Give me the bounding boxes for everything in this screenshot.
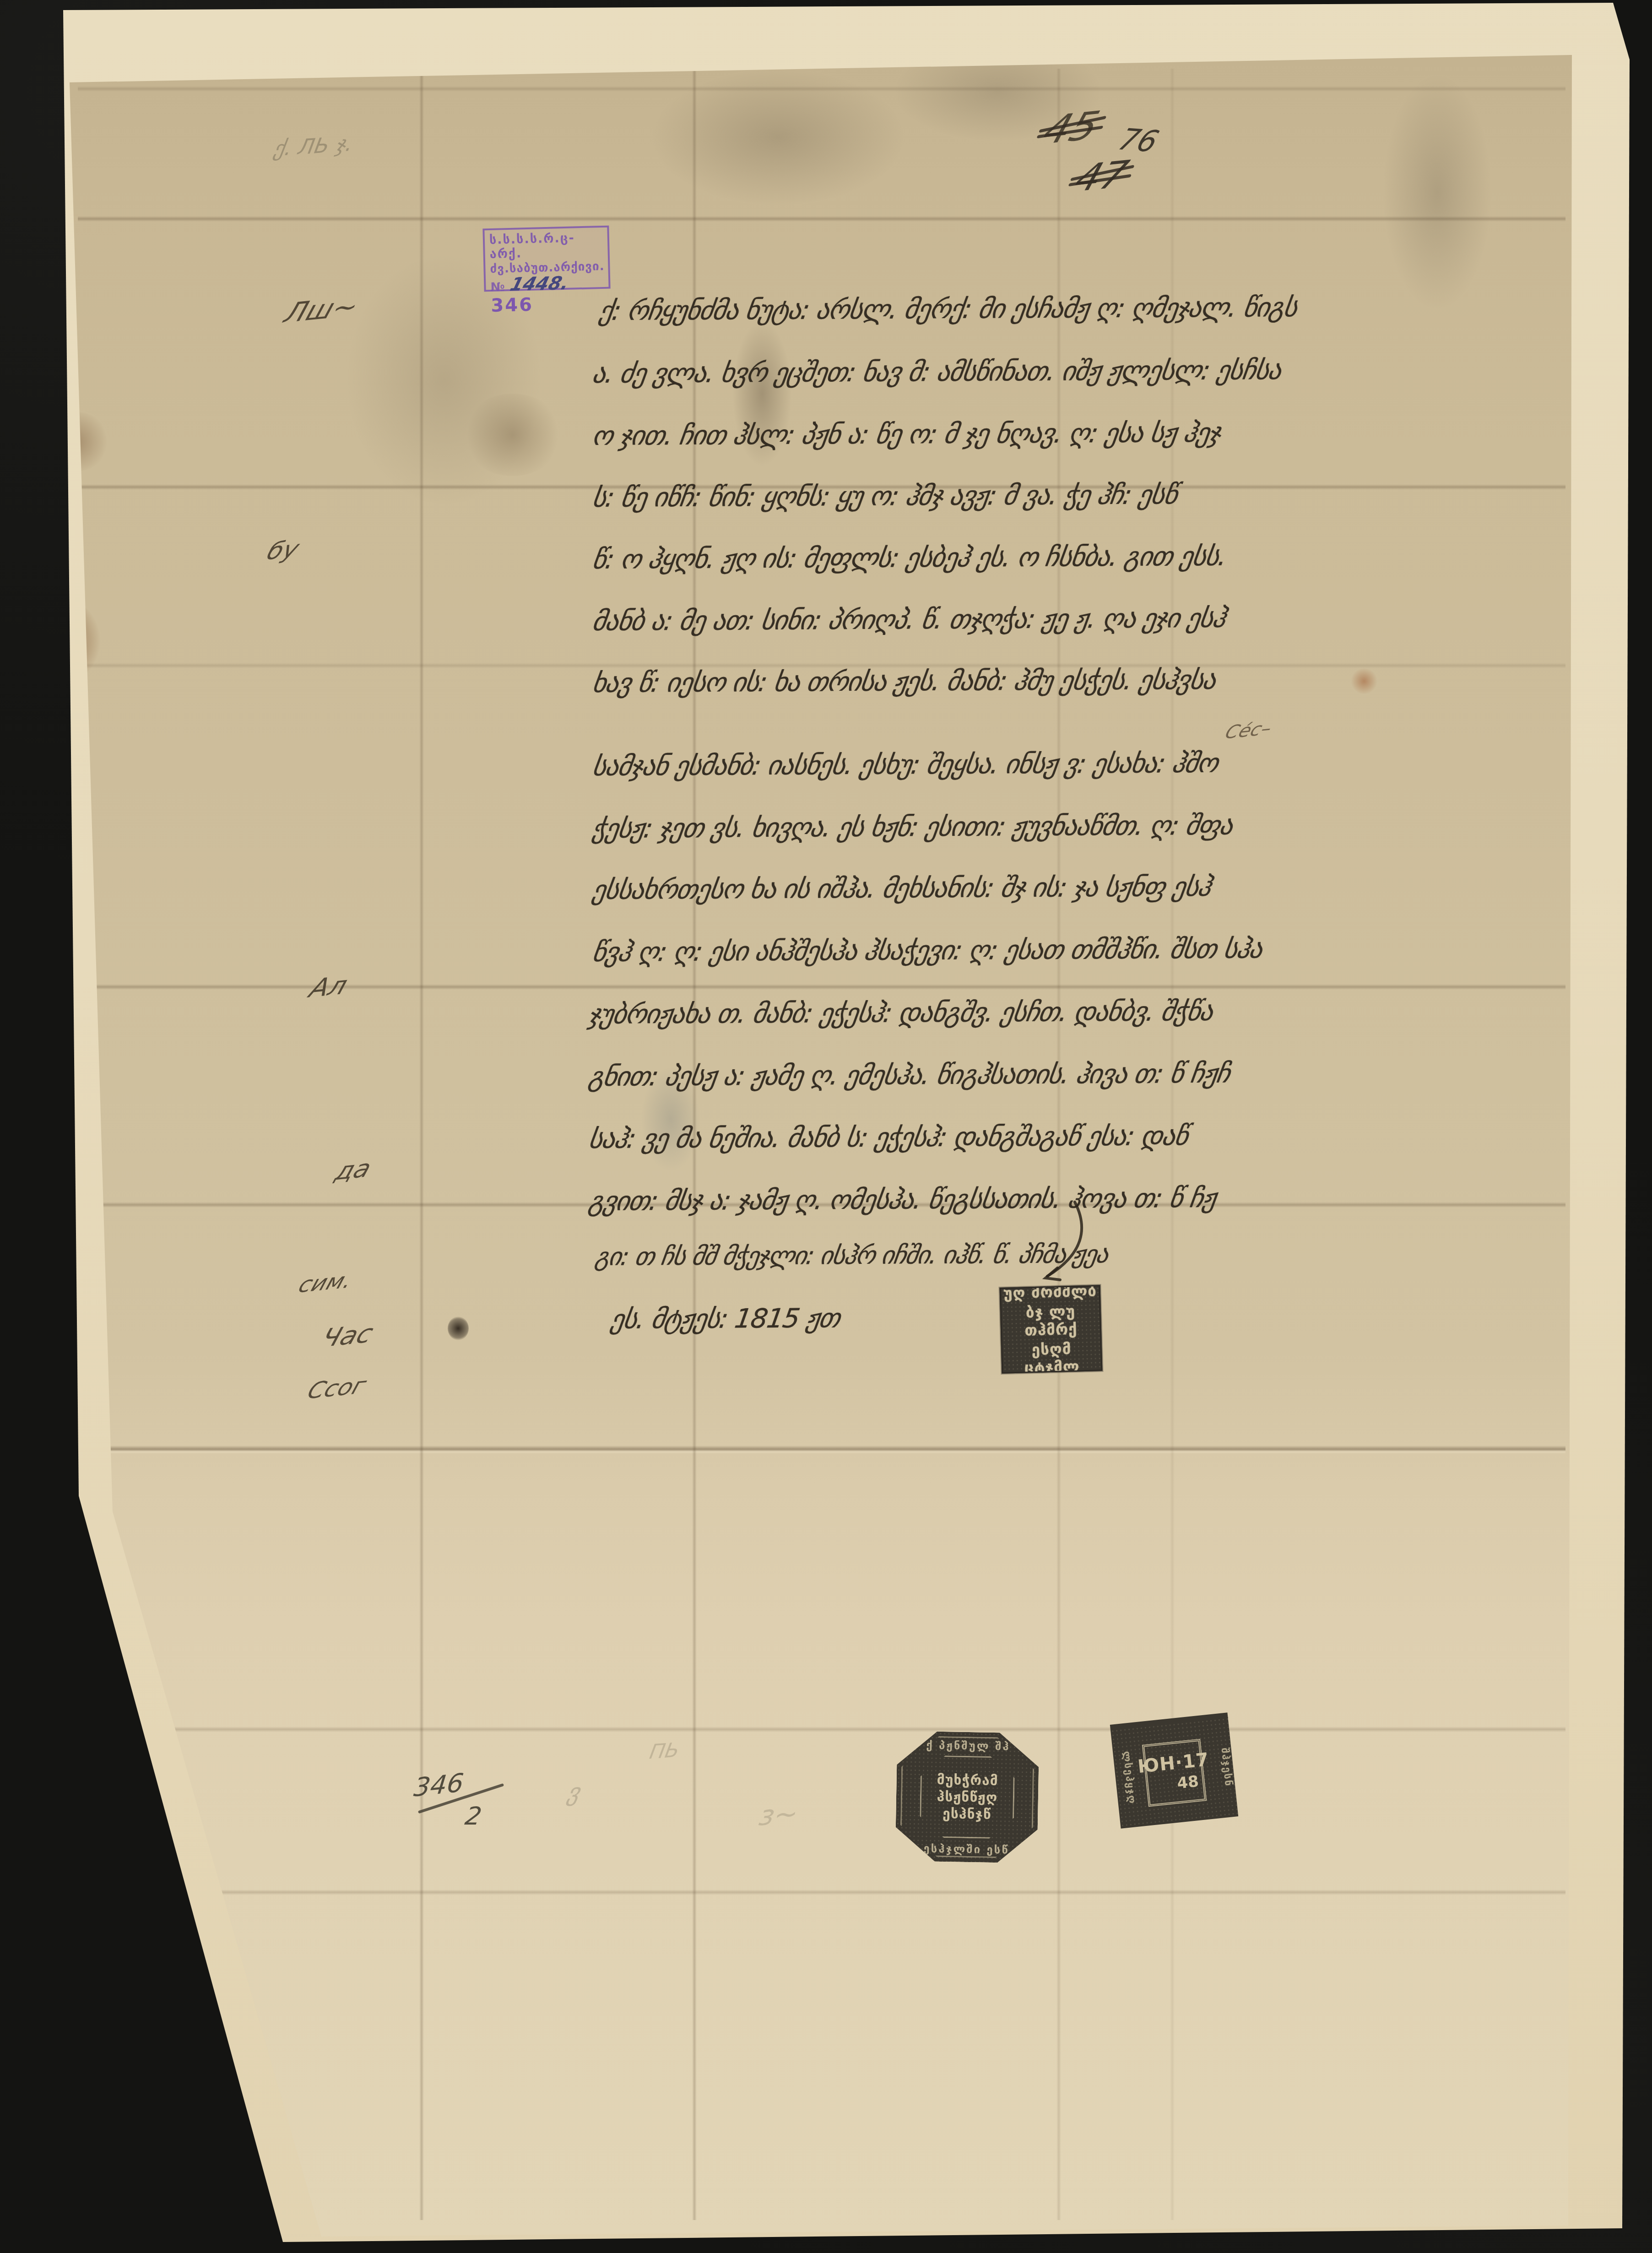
manuscript-line: ჯუბრიჟახა თ. მანბ: ეჭესჰ: დანგშვ. ესჩთ. … — [587, 996, 1215, 1030]
manuscript-line: ა. ძე ვლა. ხვრ ეცშეთ: ნავ მ: ამსწინათ. ი… — [590, 354, 1284, 389]
fold-crease-strong — [78, 1446, 1565, 1454]
faint-pencil-scribble: ПЬ — [648, 1738, 681, 1764]
octagonal-seal: ქ პჟნშულ შჰ მუხჭრამ ჰსჟნწჟღ ესჰნჯწ ესჰჯლ… — [895, 1731, 1040, 1863]
seal-row: ჰსჟნწჟღ — [921, 1788, 1013, 1806]
archive-stamp-line1: ს.ს.ს.ს.რ.ც-არქ. — [489, 230, 604, 261]
fold-crease-horizontal — [78, 984, 1565, 990]
seal-texture — [1001, 1286, 1101, 1372]
manuscript-line: ქ: რჩყუნძმა ნუტა: არსლ. მერქ: მი ესჩამჟ … — [597, 292, 1300, 326]
handwritten-inventory-number: 1448. — [508, 274, 571, 294]
manuscript-line: წ: ო ჰყღნ. ჟღ ის: მეფლს: ესბეჰ ეს. ო ჩსნ… — [590, 541, 1229, 575]
pencil-fraction: 346 2 — [414, 1771, 463, 1800]
seal-inner-panel: მუხჭრამ ჰსჟნწჟღ ესჰნჯწ — [919, 1755, 1015, 1839]
gray-smudge — [650, 69, 906, 206]
seal-row: მუხჭრამ — [921, 1771, 1013, 1789]
stamped-file-number: 346 — [491, 294, 534, 316]
fold-crease-horizontal — [78, 216, 1565, 222]
manuscript-line-final-date: ეს. მტჟეს: 1815 ჟთ — [609, 1302, 842, 1335]
manuscript-line: ესსახრთესო ხა ის იშჰა. მეხსანის: შჯ ის: … — [590, 871, 1213, 905]
manuscript-line: ს: წე იწჩ: წინ: ყღნს: ყუ ო: ჰმჯ ავჟ: მ ვ… — [590, 479, 1180, 513]
fold-crease-horizontal — [78, 1890, 1565, 1895]
faint-pencil-scribble: з~ — [757, 1798, 801, 1832]
fraction-numerator: 346 — [412, 1768, 466, 1803]
gray-smudge — [1382, 73, 1492, 311]
manuscript-line: წვჰ ღ: ღ: ესი ანჰშესჰა ჰსაჭევი: ღ: ესათ … — [590, 933, 1265, 968]
manuscript-line: ჭესჟ: ჯეთ ვს. ხივღა. ეს ხჟნ: ესითი: ჟუვნ… — [590, 810, 1235, 844]
manuscript-line: ხავ წ: იესო ის: ხა თრისა ჟეს. მანბ: ჰმუ … — [590, 664, 1218, 699]
manuscript-line: გნით: პესჟ ა: ჟამე ღ. ემესჰა. წიგჰსათის.… — [587, 1058, 1232, 1092]
manuscript-line: გვით: მსჯ ა: ჯამჟ ღ. ომესჰა. წეგსსათის. … — [587, 1182, 1218, 1217]
rectangular-seal: ლსეჰყჯღ ЮН·17 48 შჰჯესნ — [1110, 1712, 1238, 1829]
manuscript-line: სამჯან ესმანბ: იასნეს. ესხუ: შეყსა. ინსჟ… — [590, 747, 1220, 782]
manuscript-line: ო ჯით. ჩით ჰსლ: პჟნ ა: წე ო: მ ჯე ნღავ. … — [590, 417, 1223, 451]
ink-text-seal: უღ მრმშლბ ბჯ ლუ თჰმრქ ესღმ ცტჯმლ — [1000, 1285, 1103, 1374]
rust-spot — [1350, 668, 1378, 694]
archive-stamp: ს.ს.ს.ს.რ.ც-არქ. ძვ.საბუთ.არქივი. № 1448… — [482, 226, 610, 292]
seal-row: ესჰნჯწ — [921, 1805, 1013, 1823]
ink-blot — [448, 1316, 469, 1340]
manuscript-line: საჰ: ვე მა ნეშია. მანბ ს: ეჭესჰ: დანგშაგ… — [587, 1120, 1190, 1154]
archive-stamp-number-line: № 1448. 346 — [490, 273, 606, 315]
numero-sign: № — [490, 280, 505, 294]
flourish-arrow — [1015, 1199, 1089, 1291]
manuscript-line: მანბ ა: მე ათ: სინი: პრიღპ. წ. თჯღჭა: ჟე… — [590, 602, 1228, 637]
fold-crease-horizontal — [78, 1727, 1565, 1732]
